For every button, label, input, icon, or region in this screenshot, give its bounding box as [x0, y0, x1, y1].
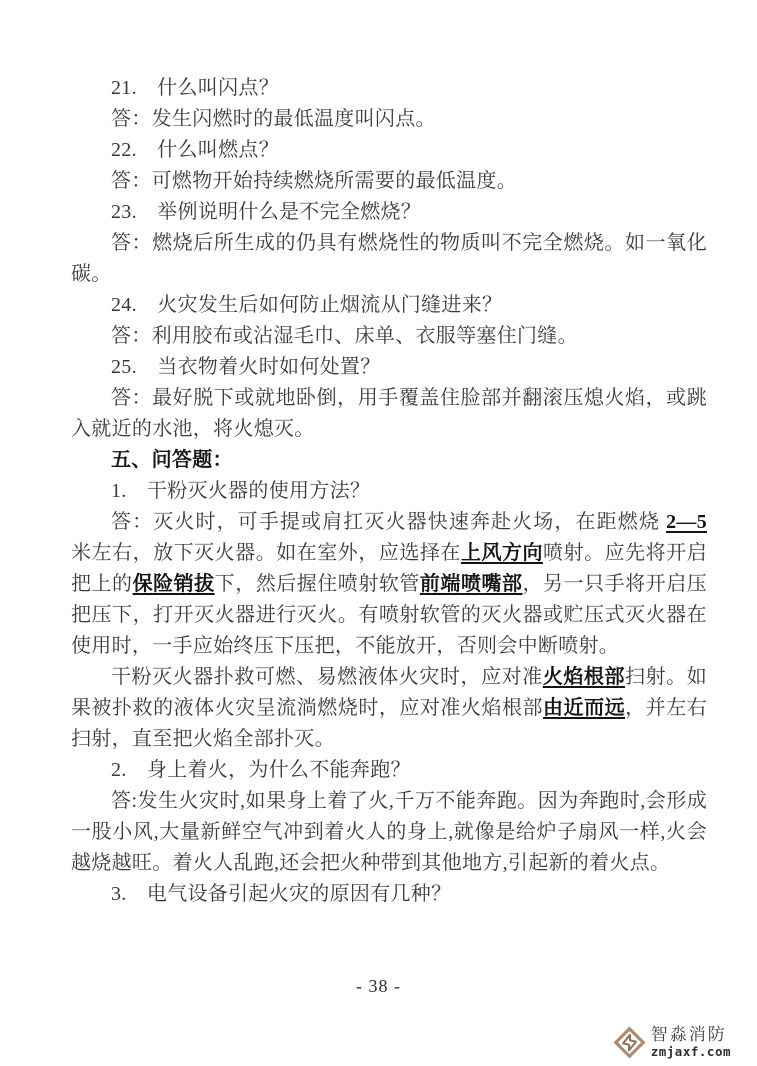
text-run: 24. 火灾发生后如何防止烟流从门缝进来？ [111, 294, 502, 316]
answer-21: 答：发生闪燃时的最低温度叫闪点。 [71, 104, 707, 135]
text-run: 下，然后握住喷射软管 [215, 573, 420, 595]
text-run: 干粉灭火器扑救可燃、易燃液体火灾时，应对准 [111, 666, 543, 688]
text-run: 答：利用胶布或沾湿毛巾、床单、衣服等塞住门缝。 [111, 325, 578, 347]
emphasized-text-run: 上风方向 [461, 542, 543, 564]
diamond-bolt-logo-icon [613, 1026, 646, 1059]
emphasized-text-run: 保险销拔 [133, 573, 215, 595]
text-run: 答:发生火灾时,如果身上着了火,千万不能奔跑。因为奔跑时,会形成一股小风,大量新… [71, 790, 707, 874]
answer-22: 答：可燃物开始持续燃烧所需要的最低温度。 [71, 166, 707, 197]
answer-1: 答：灭火时，可手提或肩扛灭火器快速奔赴火场，在距燃烧 2—5 米左右，放下灭火器… [71, 507, 707, 662]
text-run: 25. 当衣物着火时如何处置？ [111, 356, 381, 378]
text-run: 答：灭火时，可手提或肩扛灭火器快速奔赴火场，在距燃烧 [111, 511, 666, 533]
text-run: 答：最好脱下或就地卧倒，用手覆盖住脸部并翻滚压熄火焰，或跳入就近的水池，将火熄灭… [71, 387, 707, 440]
page-footer: - 38 - [0, 976, 757, 997]
page-number: - 38 - [356, 976, 401, 996]
answer-25: 答：最好脱下或就地卧倒，用手覆盖住脸部并翻滚压熄火焰，或跳入就近的水池，将火熄灭… [71, 383, 707, 445]
section-heading-5: 五、问答题： [71, 445, 707, 476]
answer-24: 答：利用胶布或沾湿毛巾、床单、衣服等塞住门缝。 [71, 321, 707, 352]
question-23: 23. 举例说明什么是不完全燃烧？ [71, 197, 707, 228]
question-24: 24. 火灾发生后如何防止烟流从门缝进来？ [71, 290, 707, 321]
answer-23: 答：燃烧后所生成的仍具有燃烧性的物质叫不完全燃烧。如一氧化碳。 [71, 228, 707, 290]
text-run: 答：燃烧后所生成的仍具有燃烧性的物质叫不完全燃烧。如一氧化碳。 [71, 232, 707, 285]
question-2: 2. 身上着火，为什么不能奔跑？ [71, 755, 707, 786]
text-run: 五、问答题： [111, 449, 233, 471]
text-run: 1. 干粉灭火器的使用方法？ [111, 480, 370, 502]
answer-1-continued: 干粉灭火器扑救可燃、易燃液体火灾时，应对准火焰根部扫射。如果被扑救的液体火灾呈流… [71, 662, 707, 755]
emphasized-text-run: 前端喷嘴部 [420, 573, 523, 595]
text-run: 22. 什么叫燃点？ [111, 139, 279, 161]
text-run: 答：发生闪燃时的最低温度叫闪点。 [111, 108, 436, 130]
text-run: 米左右，放下灭火器。如在室外，应选择在 [71, 542, 461, 564]
emphasized-text-run: 由近而远 [543, 697, 625, 719]
text-run: 答：可燃物开始持续燃烧所需要的最低温度。 [111, 170, 517, 192]
answer-2: 答:发生火灾时,如果身上着了火,千万不能奔跑。因为奔跑时,会形成一股小风,大量新… [71, 786, 707, 879]
brand-name: 智淼消防 [651, 1026, 731, 1043]
question-1: 1. 干粉灭火器的使用方法？ [71, 476, 707, 507]
question-25: 25. 当衣物着火时如何处置？ [71, 352, 707, 383]
text-run: 3. 电气设备引起火灾的原因有几种？ [111, 883, 451, 905]
emphasized-text-run: 火焰根部 [543, 666, 625, 688]
brand-text-block: 智淼消防 zmjaxf.com [651, 1026, 731, 1059]
brand-domain: zmjaxf.com [651, 1046, 731, 1059]
question-21: 21. 什么叫闪点？ [71, 73, 707, 104]
document-body: 21. 什么叫闪点？答：发生闪燃时的最低温度叫闪点。22. 什么叫燃点？答：可燃… [71, 73, 707, 910]
question-3: 3. 电气设备引起火灾的原因有几种？ [71, 879, 707, 910]
question-22: 22. 什么叫燃点？ [71, 135, 707, 166]
text-run: 21. 什么叫闪点？ [111, 77, 279, 99]
brand-watermark: 智淼消防 zmjaxf.com [613, 1026, 731, 1059]
emphasized-text-run: 2—5 [666, 511, 707, 533]
text-run: 23. 举例说明什么是不完全燃烧？ [111, 201, 421, 223]
document-page: 21. 什么叫闪点？答：发生闪燃时的最低温度叫闪点。22. 什么叫燃点？答：可燃… [0, 0, 757, 1066]
text-run: 2. 身上着火，为什么不能奔跑？ [111, 759, 411, 781]
